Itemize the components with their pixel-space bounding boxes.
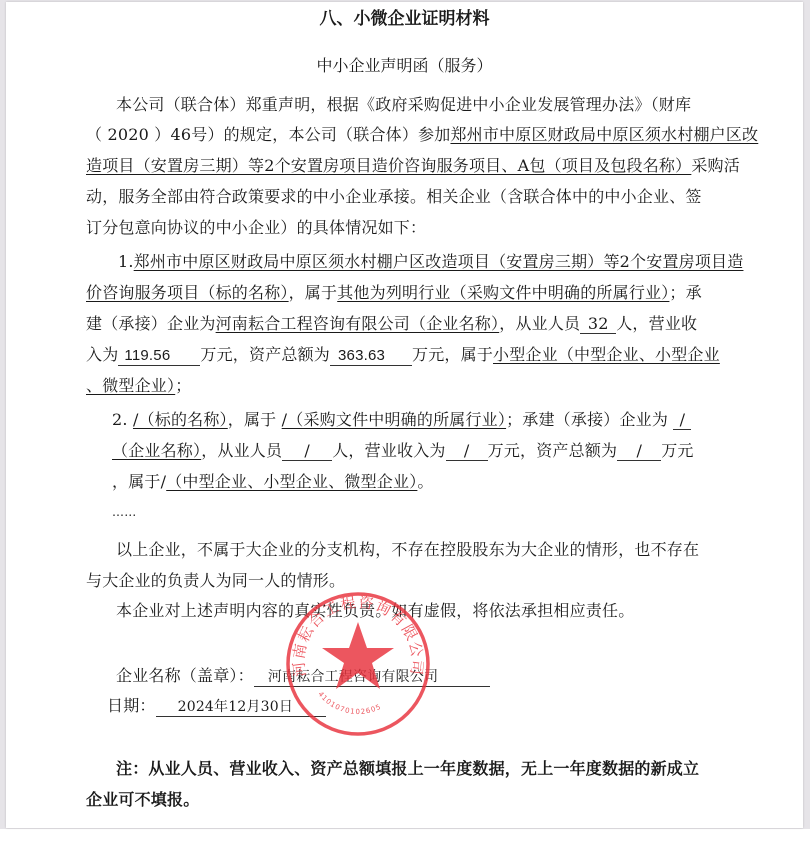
item1-industry: 其他为列明行业（采购文件中明确的所属行业） (337, 283, 669, 302)
item2-assets: / (617, 442, 661, 461)
item1-line-1: 1.郑州市中原区财政局中原区须水村棚户区改造项目（安置房三期）等2个安置房项目造 (118, 252, 739, 272)
item2-line-2: （企业名称），从业人员/人，营业收入为/万元，资产总额为/万元 (112, 441, 739, 461)
item2-line-1: 2. /（标的名称），属于 /（采购文件中明确的所属行业）；承建（承接）企业为 … (112, 410, 739, 430)
item2-line-3: ，属于/（中型企业、小型企业、微型企业）。 (112, 472, 739, 492)
intro-line-4: 动，服务全部由符合政策要求的中小企业承接。相关企业（含联合体中的中小企业、签 (86, 187, 741, 207)
intro-line-2: （ 2020 ）46号）的规定，本公司（联合体）参加郑州市中原区财政局中原区须水… (86, 125, 741, 145)
item1-employees: 32 (580, 315, 616, 334)
statement-line-1: 以上企业，不属于大企业的分支机构，不存在控股股东为大企业的情形，也不存在 (116, 540, 739, 560)
project-name: 郑州市中原区财政局中原区须水村棚户区改 (450, 125, 758, 144)
item2-revenue: / (446, 442, 488, 461)
item1-company: 河南耘合工程咨询有限公司（企业名称） (216, 314, 500, 333)
item1-revenue: 119.56 (118, 347, 200, 366)
date-label: 日期： (107, 696, 156, 715)
item1-line-5: 、微型企业）； (86, 376, 741, 396)
intro-line-5: 订分包意向协议的中小企业）的具体情况如下： (86, 218, 741, 238)
note-line-2: 企业可不填报。 (86, 790, 741, 810)
item1-assets: 363.63 (330, 347, 412, 366)
intro-line-1: 本公司（联合体）郑重声明，根据《政府采购促进中小企业发展管理办法》（财库 (116, 95, 739, 115)
date-value: 2024年12月30日 (156, 698, 326, 717)
section-title: 八、小微企业证明材料 (6, 4, 803, 29)
note-line-1: 注：从业人员、营业收入、资产总额填报上一年度数据，无上一年度数据的新成立 (116, 759, 739, 779)
company-signature-row: 企业名称（盖章）：河南耘合工程咨询有限公司 (116, 666, 771, 687)
statement-line-3: 本企业对上述声明内容的真实性负责。如有虚假，将依法承担相应责任。 (116, 601, 739, 621)
ellipsis: …… (112, 502, 767, 522)
declaration-subtitle: 中小企业声明函（服务） (6, 53, 803, 76)
item2-employees: / (282, 442, 332, 461)
intro-line-3: 造项目（安置房三期）等2个安置房项目造价咨询服务项目、A包（项目及包段名称）采购… (86, 156, 741, 176)
date-row: 日期：2024年12月30日 (107, 696, 762, 717)
item1-line-3: 建（承接）企业为河南耘合工程咨询有限公司（企业名称），从业人员32人，营业收 (86, 314, 741, 334)
company-value: 河南耘合工程咨询有限公司 (254, 668, 490, 687)
statement-line-2: 与大企业的负责人为同一人的情形。 (86, 571, 741, 591)
company-label: 企业名称（盖章）： (116, 666, 254, 685)
item1-subject: 郑州市中原区财政局中原区须水村棚户区改造项目（安置房三期）等2个安置房项目造 (134, 252, 744, 271)
item1-line-4: 入为119.56万元，资产总额为363.63万元，属于小型企业（中型企业、小型企… (86, 345, 741, 366)
document-page: 八、小微企业证明材料 中小企业声明函（服务） 本公司（联合体）郑重声明，根据《政… (6, 2, 803, 828)
item1-size: 小型企业（中型企业、小型企业 (493, 345, 720, 364)
item1-line-2: 价咨询服务项目（标的名称），属于其他为列明行业（采购文件中明确的所属行业）；承 (86, 283, 741, 303)
project-name-cont: 造项目（安置房三期）等2个安置房项目造价咨询服务项目、A包（项目及包段名称） (86, 156, 691, 175)
